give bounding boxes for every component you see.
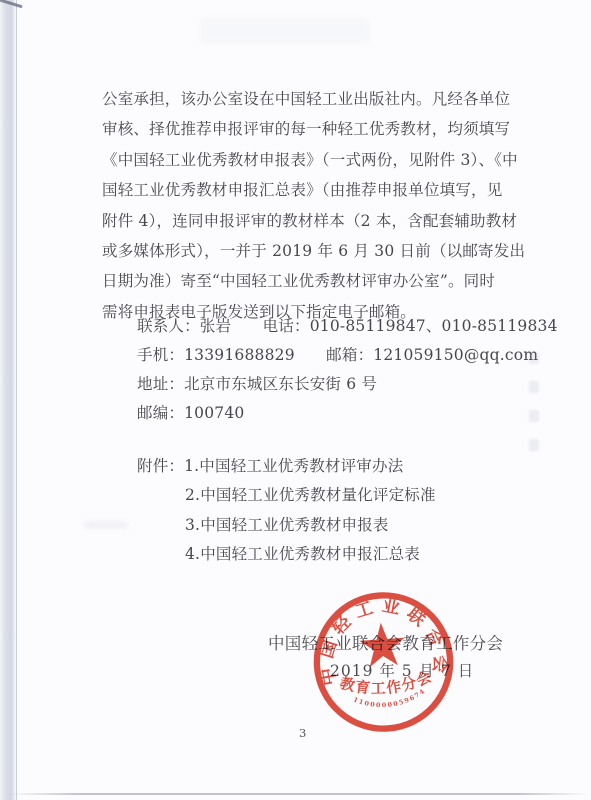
contact-person-phone: 联系人：张岩 电话：010-85119847、010-85119834 (137, 312, 558, 341)
attachment-item: 2.中国轻工业优秀教材量化评定标准 (137, 481, 436, 510)
body-line: 《中国轻工业优秀教材申报表》（一式两份，见附件 3）、《中 (102, 145, 522, 175)
body-line: 公室承担，该办公室设在中国轻工业出版社内。凡经各单位 (102, 84, 522, 114)
contact-address: 地址：北京市东城区东长安街 6 号 (137, 370, 558, 399)
signature-organization: 中国轻工业联合会教育工作分会 (268, 630, 503, 654)
ink-bleed-through (529, 352, 539, 451)
page-left-edge-shadow (0, 0, 17, 800)
bleed-mark (529, 410, 539, 422)
contact-mobile-email: 手机：13391688829 邮箱：121059150@qq.com (137, 341, 558, 370)
body-line: 或多媒体形式），一并于 2019 年 6 月 30 日前（以邮寄发出 (102, 236, 522, 266)
contact-postcode: 邮编：100740 (137, 399, 558, 428)
seal-serial-number: 1100000059674 (351, 687, 428, 711)
attachment-item: 4.中国轻工业优秀教材申报汇总表 (137, 540, 436, 569)
scan-smudge (84, 521, 128, 529)
body-line: 国轻工业优秀教材申报汇总表》（由推荐申报单位填写，见 (102, 175, 522, 205)
contact-info: 联系人：张岩 电话：010-85119847、010-85119834 手机：1… (137, 312, 558, 428)
scan-smudge (200, 18, 370, 44)
attachments-list: 附件：1.中国轻工业优秀教材评审办法 2.中国轻工业优秀教材量化评定标准 3.中… (137, 452, 436, 570)
body-line: 附件 4），连同申报评审的教材样本（2 本，含配套辅助教材 (102, 206, 522, 236)
body-paragraph: 公室承担，该办公室设在中国轻工业出版社内。凡经各单位 审核、择优推荐申报评审的每… (102, 84, 522, 327)
body-line: 审核、择优推荐申报评审的每一种轻工优秀教材，均须填写 (102, 114, 522, 144)
signature-date: 2019 年 5 月 7 日 (330, 659, 474, 681)
bleed-mark (529, 381, 539, 393)
page-bottom-edge-shadow (8, 793, 589, 795)
attachment-row: 附件：1.中国轻工业优秀教材评审办法 (137, 452, 436, 481)
bleed-mark (529, 439, 539, 451)
attachment-item: 1.中国轻工业优秀教材评审办法 (184, 457, 403, 475)
scanned-document-page: 公室承担，该办公室设在中国轻工业出版社内。凡经各单位 审核、择优推荐申报评审的每… (0, 0, 591, 800)
page-number: 3 (299, 726, 306, 740)
attachment-item: 3.中国轻工业优秀教材申报表 (137, 511, 436, 540)
body-line: 日期为准）寄至“中国轻工业优秀教材评审办公室”。同时 (102, 266, 522, 296)
bleed-mark (529, 352, 539, 364)
attachments-label: 附件： (137, 457, 184, 475)
